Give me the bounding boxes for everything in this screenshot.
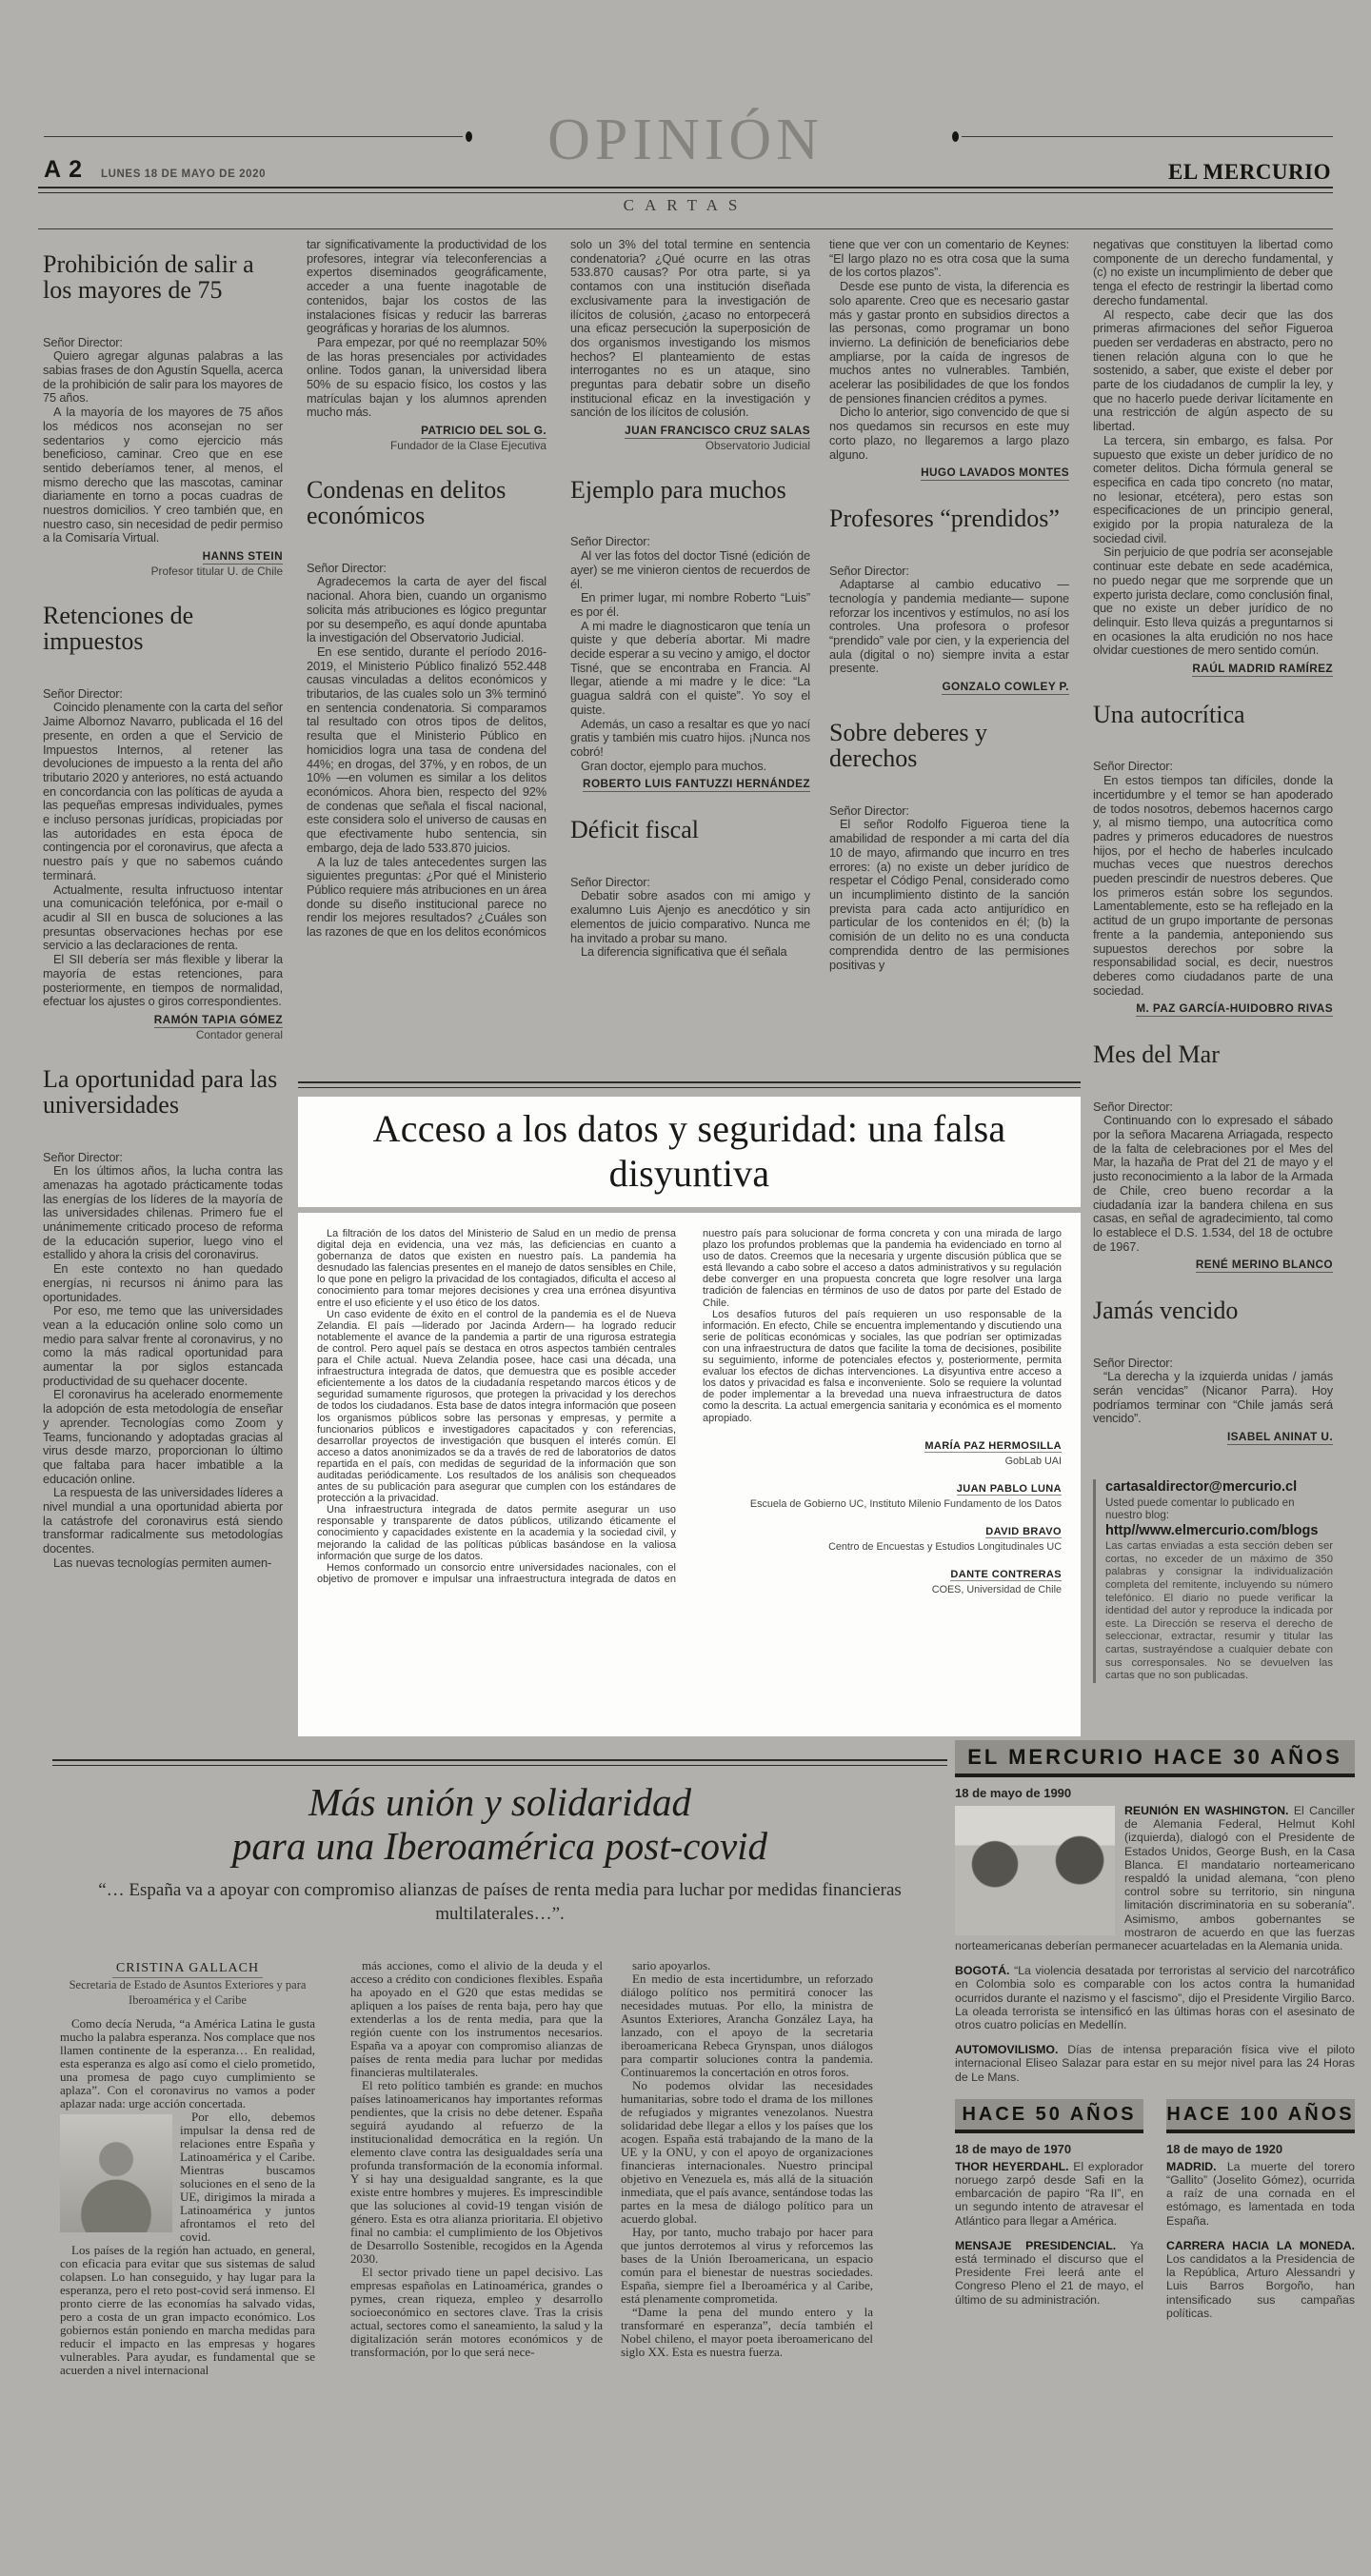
feature-body: La filtración de los datos del Ministeri…	[298, 1213, 1081, 1736]
feature-signature-role: Escuela de Gobierno UC, Instituto Mileni…	[703, 1498, 1062, 1510]
letter-title: Una autocrítica	[1093, 702, 1333, 727]
letter-title: Mes del Mar	[1093, 1041, 1333, 1067]
history-item: MENSAJE PRESIDENCIAL. Ya está terminado …	[955, 2239, 1143, 2307]
letter-paragraph: Desde ese punto de vista, la diferencia …	[829, 280, 1069, 406]
oped-paragraph: No podemos olvidar las necesidades human…	[621, 2079, 873, 2226]
oped-article: Más unión y solidaridadpara una Iberoamé…	[52, 1759, 947, 2576]
signature-name: JUAN FRANCISCO CRUZ SALAS	[625, 424, 810, 439]
masthead-double-rule	[38, 187, 1333, 193]
letter-paragraph: Señor Director:	[307, 562, 546, 576]
signature-name: M. PAZ GARCÍA-HUIDOBRO RIVAS	[1136, 1001, 1333, 1017]
letter-paragraph: Señor Director:	[570, 876, 810, 890]
letter-signature: ISABEL ANINAT U.	[1093, 1428, 1333, 1445]
hace100-band: HACE 100 AÑOS	[1166, 2099, 1355, 2130]
history-item: AUTOMOVILISMO. Días de intensa preparaci…	[955, 2043, 1355, 2084]
letter-signature: HANNS STEIN	[43, 547, 283, 565]
letter-paragraph: Señor Director:	[1093, 1100, 1333, 1115]
signature-name: ROBERTO LUIS FANTUZZI HERNÁNDEZ	[583, 777, 810, 792]
letter-signature: RAMÓN TAPIA GÓMEZ	[43, 1011, 283, 1028]
oped-paragraph: “Dame la pena del mundo entero y la tran…	[621, 2306, 873, 2359]
oped-top-rule	[52, 1759, 947, 1766]
cartas-column-3: solo un 3% del total termine en sentenci…	[570, 238, 810, 1074]
letter-paragraph: El coronavirus ha acelerado enormemente …	[43, 1388, 283, 1486]
letter-signature: JUAN FRANCISCO CRUZ SALAS	[570, 422, 810, 439]
letter-paragraph: En ese sentido, durante el período 2016-…	[307, 645, 546, 856]
letter-paragraph: Gran doctor, ejemplo para muchos.	[570, 760, 810, 774]
letter-paragraph: Además, un caso a resaltar es que yo nac…	[570, 718, 810, 760]
feature-signature: MARÍA PAZ HERMOSILLA	[703, 1437, 1062, 1454]
history-item-lead: MADRID.	[1166, 2160, 1227, 2173]
page-number: A 2	[44, 156, 83, 184]
feature-top-rule	[298, 1081, 1081, 1088]
hace30-items: REUNIÓN EN WASHINGTON. El Canciller de A…	[955, 1804, 1355, 2084]
letter-paragraph: Sin perjuicio de que podría ser aconseja…	[1093, 545, 1333, 658]
cartas-column-4: tiene que ver con un comentario de Keyne…	[829, 238, 1069, 1074]
hace50-items: THOR HEYERDAHL. El explorador noruego za…	[955, 2160, 1143, 2307]
letter-paragraph: Las nuevas tecnologías permiten aumen-	[43, 1556, 283, 1571]
feature-paragraph: Los desafíos futuros del país requieren …	[703, 1309, 1062, 1424]
signature-name: HUGO LAVADOS MONTES	[921, 466, 1069, 481]
signature-name: RENÉ MERINO BLANCO	[1196, 1258, 1333, 1273]
feature-signature-name: DAVID BRAVO	[985, 1526, 1062, 1538]
feature-signature-name: JUAN PABLO LUNA	[957, 1483, 1062, 1496]
feature-title: Acceso a los datos y seguridad: una fals…	[373, 1107, 1006, 1195]
letter-paragraph: Señor Director:	[43, 336, 283, 350]
letter-paragraph: Adaptarse al cambio educativo —tecnologí…	[829, 578, 1069, 676]
letter-paragraph: Señor Director:	[829, 804, 1069, 819]
cristina-gallach-photo	[60, 2114, 172, 2232]
letter-paragraph: Coincido plenamente con la carta del señ…	[43, 701, 283, 882]
letter-signature: GONZALO COWLEY P.	[829, 678, 1069, 695]
letter-title: Déficit fiscal	[570, 817, 810, 842]
hace50-date: 18 de mayo de 1970	[955, 2142, 1143, 2156]
history-item-lead: BOGOTÁ.	[955, 1964, 1014, 1977]
feature-signature-name: MARÍA PAZ HERMOSILLA	[924, 1440, 1062, 1453]
letter-title: Profesores “prendidos”	[829, 505, 1069, 531]
feature-signature: DANTE CONTRERAS	[703, 1565, 1062, 1582]
history-item-lead: THOR HEYERDAHL.	[955, 2160, 1073, 2173]
letter-title: Condenas en delitos económicos	[307, 477, 546, 529]
feature-signature: DAVID BRAVO	[703, 1522, 1062, 1539]
letters-contact-box: cartasaldirector@mercurio.clUsted puede …	[1093, 1479, 1333, 1683]
oped-paragraph: Hay, por tanto, mucho trabajo por hacer …	[621, 2226, 873, 2306]
hace50-band: HACE 50 AÑOS	[955, 2099, 1143, 2130]
letter-paragraph: El SII debería ser más flexible y libera…	[43, 953, 283, 1009]
feature-signature: JUAN PABLO LUNA	[703, 1479, 1062, 1496]
hace30-band: EL MERCURIO HACE 30 AÑOS	[955, 1740, 1355, 1773]
letter-signature: RENÉ MERINO BLANCO	[1093, 1256, 1333, 1273]
signature-role: Profesor titular U. de Chile	[43, 565, 283, 578]
oped-paragraph: El sector privado tiene un papel decisiv…	[350, 2266, 603, 2359]
hace30-band-rule	[955, 1773, 1355, 1777]
letter-paragraph: Debatir sobre asados con mi amigo y exal…	[570, 889, 810, 945]
letter-paragraph: En este contexto no han quedado energías…	[43, 1262, 283, 1304]
letter-title: Sobre deberes y derechos	[829, 720, 1069, 772]
signature-name: GONZALO COWLEY P.	[942, 680, 1069, 695]
history-item-lead: AUTOMOVILISMO.	[955, 2043, 1067, 2056]
history-item-lead: CARRERA HACIA LA MONEDA.	[1166, 2239, 1355, 2252]
feature-paragraph: Una infraestructura integrada de datos p…	[317, 1504, 676, 1561]
letter-title: Jamás vencido	[1093, 1298, 1333, 1323]
hace30-date: 18 de mayo de 1990	[955, 1786, 1355, 1800]
history-item-lead: MENSAJE PRESIDENCIAL.	[955, 2239, 1130, 2252]
letter-signature: PATRICIO DEL SOL G.	[307, 422, 546, 439]
oped-author: CRISTINA GALLACH	[112, 1961, 263, 1978]
oped-column-3: sario apoyarlos.En medio de esta incerti…	[621, 1959, 873, 2359]
signature-name: PATRICIO DEL SOL G.	[421, 424, 546, 439]
letter-title: Ejemplo para muchos	[570, 477, 810, 503]
letter-paragraph: En estos tiempos tan difíciles, donde la…	[1093, 774, 1333, 998]
letter-paragraph: Quiero agregar algunas palabras a las sa…	[43, 349, 283, 406]
history-item: CARRERA HACIA LA MONEDA. Los candidatos …	[1166, 2239, 1355, 2320]
letter-title: Prohibición de salir a los mayores de 75	[43, 251, 283, 304]
hace100-box: HACE 100 AÑOS 18 de mayo de 1920 MADRID.…	[1166, 2099, 1355, 2331]
letter-paragraph: La respuesta de las universidades lídere…	[43, 1486, 283, 1556]
letter-paragraph: Señor Director:	[1093, 760, 1333, 774]
signature-role: Observatorio Judicial	[570, 439, 810, 452]
signature-name: ISABEL ANINAT U.	[1227, 1430, 1333, 1445]
feature-signature-role: GobLab UAI	[703, 1456, 1062, 1467]
letter-paragraph: A la mayoría de los mayores de 75 años l…	[43, 406, 283, 545]
letter-paragraph: Agradecemos la carta de ayer del fiscal …	[307, 575, 546, 645]
oped-paragraph: El reto político también es grande: en m…	[350, 2079, 603, 2266]
oped-column-2: más acciones, como el alivio de la deuda…	[350, 1959, 603, 2359]
letter-signature: RAÚL MADRID RAMÍREZ	[1093, 660, 1333, 677]
history-section: EL MERCURIO HACE 30 AÑOS 18 de mayo de 1…	[955, 1740, 1355, 2331]
feature-title-strip: Acceso a los datos y seguridad: una fals…	[298, 1097, 1081, 1207]
newspaper-page: OPINIÓN A 2 LUNES 18 DE MAYO DE 2020 EL …	[0, 0, 1371, 2576]
letter-paragraph: En primer lugar, mi nombre Roberto “Luis…	[570, 591, 810, 619]
contact-blog-url[interactable]: http//www.elmercurio.com/blogs	[1105, 1523, 1333, 1538]
letter-signature: ROBERTO LUIS FANTUZZI HERNÁNDEZ	[570, 775, 810, 792]
signature-role: Contador general	[43, 1028, 283, 1041]
history-item: MADRID. La muerte del torero “Gallito” (…	[1166, 2160, 1355, 2228]
letter-paragraph: A la luz de tales antecedentes surgen la…	[307, 856, 546, 940]
kohl-bush-photo	[955, 1806, 1115, 1935]
cartas-column-1: Prohibición de salir a los mayores de 75…	[43, 238, 283, 1699]
contact-email[interactable]: cartasaldirector@mercurio.cl	[1105, 1479, 1333, 1495]
hace50-box: HACE 50 AÑOS 18 de mayo de 1970 THOR HEY…	[955, 2099, 1143, 2331]
letter-signature: HUGO LAVADOS MONTES	[829, 464, 1069, 481]
letter-paragraph: Señor Director:	[43, 1151, 283, 1165]
letter-paragraph: Para empezar, por qué no reemplazar 50% …	[307, 336, 546, 420]
signature-name: RAMÓN TAPIA GÓMEZ	[154, 1013, 283, 1028]
history-item: THOR HEYERDAHL. El explorador noruego za…	[955, 2160, 1143, 2228]
signature-name: HANNS STEIN	[203, 549, 283, 565]
feature-paragraph: Un caso evidente de éxito en el control …	[317, 1309, 676, 1505]
hace-subboxes: HACE 50 AÑOS 18 de mayo de 1970 THOR HEY…	[955, 2099, 1355, 2331]
signature-name: RAÚL MADRID RAMÍREZ	[1192, 662, 1333, 677]
feature-signature-name: DANTE CONTRERAS	[950, 1569, 1062, 1581]
letter-paragraph: Al ver las fotos del doctor Tisné (edici…	[570, 549, 810, 591]
letter-paragraph: La tercera, sin embargo, es falsa. Por s…	[1093, 434, 1333, 546]
newspaper-brand: EL MERCURIO	[1168, 160, 1331, 185]
letter-paragraph: “La derecha y la izquierda unidas / jamá…	[1093, 1370, 1333, 1426]
contact-blog-label: Usted puede comentar lo publicado en nue…	[1105, 1496, 1333, 1521]
letter-paragraph: solo un 3% del total termine en sentenci…	[570, 238, 810, 420]
letter-paragraph: Continuando con lo expresado el sábado p…	[1093, 1114, 1333, 1254]
letter-paragraph: Señor Director:	[829, 565, 1069, 579]
letter-paragraph: Señor Director:	[43, 687, 283, 702]
section-title: OPINIÓN	[0, 107, 1371, 174]
history-item-lead: REUNIÓN EN WASHINGTON.	[1124, 1804, 1294, 1817]
letter-paragraph: Dicho lo anterior, sigo convencido de qu…	[829, 406, 1069, 462]
letter-paragraph: Señor Director:	[1093, 1357, 1333, 1371]
letter-paragraph: En los últimos años, la lucha contra las…	[43, 1164, 283, 1262]
letter-signature: M. PAZ GARCÍA-HUIDOBRO RIVAS	[1093, 1000, 1333, 1017]
letter-paragraph: La diferencia significativa que él señal…	[570, 945, 810, 960]
contact-policy: Las cartas enviadas a esta sección deben…	[1105, 1540, 1333, 1683]
letter-paragraph: A mi madre le diagnosticaron que tenía u…	[570, 620, 810, 718]
oped-paragraph: más acciones, como el alivio de la deuda…	[350, 1959, 603, 2079]
oped-paragraph: sario apoyarlos.	[621, 1959, 873, 1972]
letter-paragraph: Actualmente, resulta infructuoso intenta…	[43, 883, 283, 954]
oped-column-1: CRISTINA GALLACH Secretaria de Estado de…	[60, 1959, 315, 2377]
oped-byline: CRISTINA GALLACH Secretaria de Estado de…	[60, 1959, 315, 2008]
oped-paragraph: Los países de la región han actuado, en …	[60, 2244, 315, 2377]
letter-paragraph: Señor Director:	[570, 535, 810, 549]
letter-title: Retenciones de impuestos	[43, 603, 283, 655]
signature-role: Fundador de la Clase Ejecutiva	[307, 439, 546, 452]
letter-paragraph: Por eso, me temo que las universidades v…	[43, 1304, 283, 1388]
hace50-band-rule	[955, 2130, 1143, 2133]
oped-paragraph: Como decía Neruda, “a América Latina le …	[60, 2017, 315, 2110]
oped-quote: “… España va a apoyar con compromiso ali…	[52, 1878, 947, 1927]
letter-paragraph: negativas que constituyen la libertad co…	[1093, 238, 1333, 308]
hace100-date: 18 de mayo de 1920	[1166, 2142, 1355, 2156]
issue-date: LUNES 18 DE MAYO DE 2020	[101, 168, 266, 180]
subsection-title: CARTAS	[0, 196, 1371, 215]
feature-signature-role: COES, Universidad de Chile	[703, 1584, 1062, 1595]
cartas-column-5: negativas que constituyen la libertad co…	[1093, 238, 1333, 1742]
hace100-band-rule	[1166, 2130, 1355, 2133]
feature-paragraph: La filtración de los datos del Ministeri…	[317, 1228, 676, 1309]
hace100-items: MADRID. La muerte del torero “Gallito” (…	[1166, 2160, 1355, 2320]
feature-article: Acceso a los datos y seguridad: una fals…	[298, 1081, 1081, 1736]
feature-signature-role: Centro de Encuestas y Estudios Longitudi…	[703, 1541, 1062, 1553]
cartas-column-2: tar significativamente la productividad …	[307, 238, 546, 1074]
oped-title: Más unión y solidaridadpara una Iberoamé…	[52, 1781, 947, 1869]
letter-title: La oportunidad para las universidades	[43, 1066, 283, 1119]
letter-paragraph: El señor Rodolfo Figueroa tiene la amabi…	[829, 818, 1069, 972]
letter-paragraph: tar significativamente la productividad …	[307, 238, 546, 336]
oped-author-role: Secretaria de Estado de Asuntos Exterior…	[60, 1978, 315, 2008]
letter-paragraph: Al respecto, cabe decir que las dos prim…	[1093, 308, 1333, 434]
history-item: BOGOTÁ. “La violencia desatada por terro…	[955, 1964, 1355, 2031]
oped-paragraph: En medio de esta incertidumbre, un refor…	[621, 1972, 873, 2079]
letter-paragraph: tiene que ver con un comentario de Keyne…	[829, 238, 1069, 280]
subsection-rule	[38, 228, 1333, 229]
